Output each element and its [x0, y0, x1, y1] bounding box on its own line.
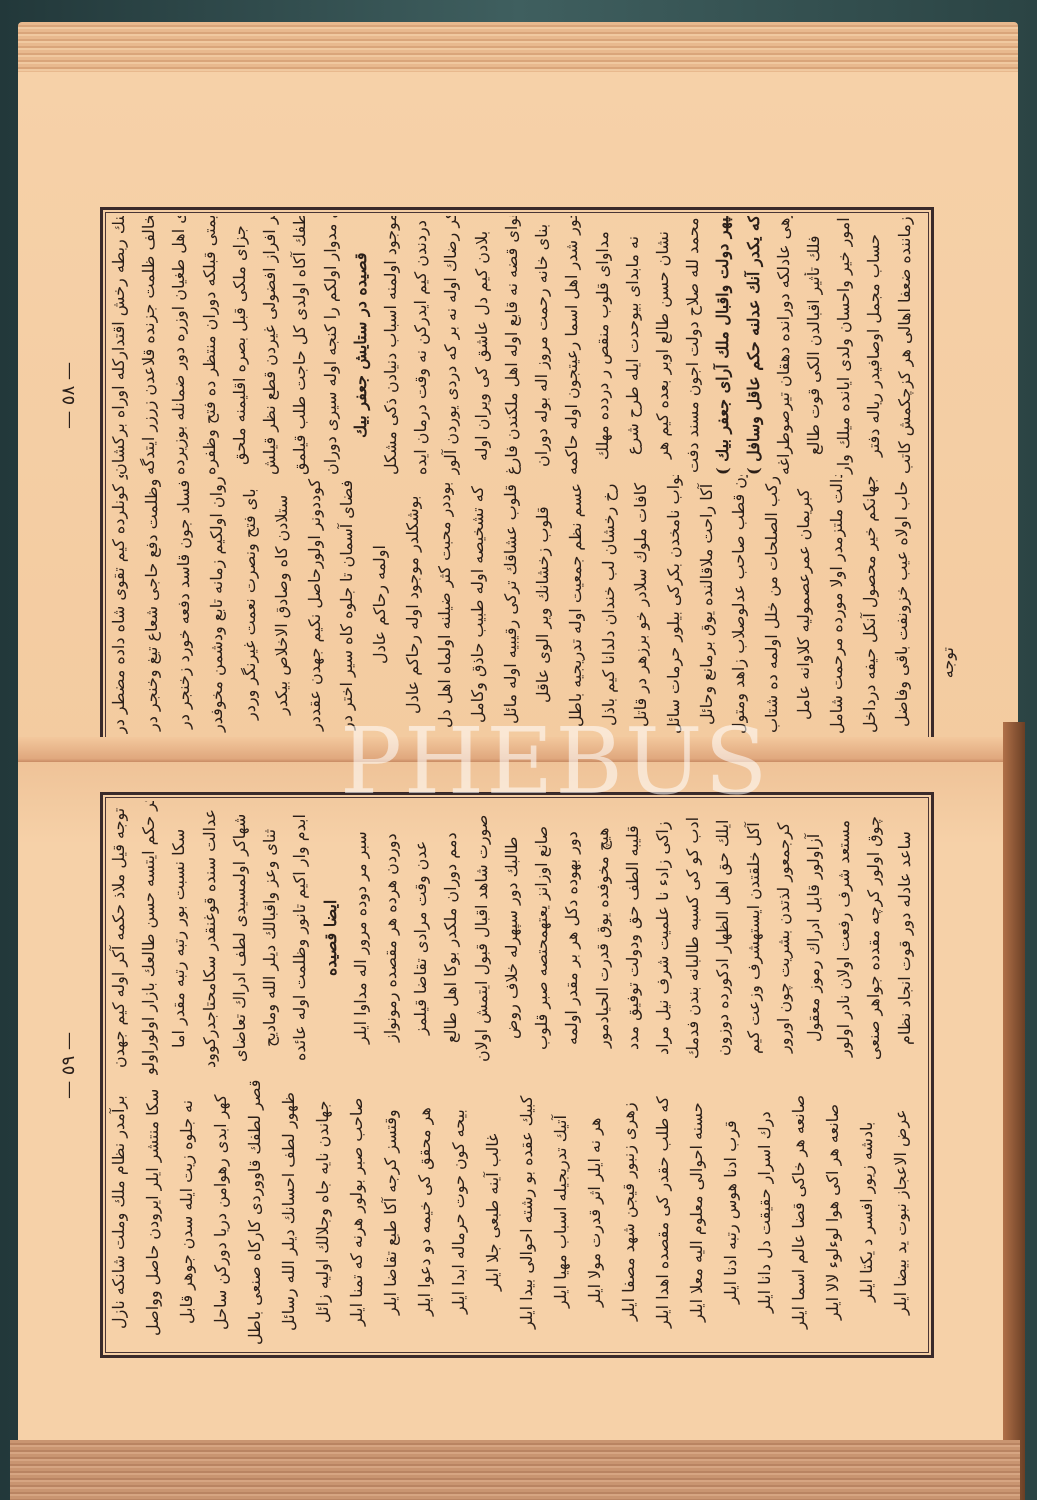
text-line: صاحب صبر بولور هرنه كه تمنا ايلر [347, 1075, 381, 1349]
fore-edge [1003, 722, 1025, 1500]
text-line: وظلمت دفع حاجى شعاع تيغ وخنجر در [142, 475, 175, 734]
section-heading: ايضا قصيده [321, 801, 351, 1075]
text-line: زهى عادلكه دورانده دهقان تيرصوطراغه [774, 216, 804, 475]
text-line: سر افراز افضولى غيردن قطع نظر قيلش [260, 216, 290, 475]
text-columns: توجه قيل ملاذ حكمه آكر اوله كيم جهدنآكر … [109, 801, 925, 1349]
text-line: برآمدر نظام ملك وملت شانكه نازل [109, 1075, 143, 1349]
text-line: عزيمتى قبلكه دوران منتظر ده فتح وظفره [200, 216, 230, 475]
section-heading: ( سپهر دولت واقبال ملك آراى جعفر بيك ) [713, 216, 743, 475]
page-edges-top [18, 22, 1018, 74]
text-line: فضاى آسمان تا جلوه كاه سير اختر در [337, 475, 370, 734]
text-line: ايلك حق اهل الظهار ادكورده دوزون [713, 801, 743, 1075]
text-line: بناى خانه رحمت مروز اله بوله دوران [532, 216, 562, 475]
text-line: فساد جون قاسد دفعه خورد زخنجر در [174, 475, 207, 734]
text-line: صانع اوزانز يعتهمحتصه صبر قلوب [532, 801, 562, 1075]
text-line: وقتسز كرجه آكا طبع تقاضا ايلر [381, 1075, 415, 1349]
text-line: زماننده ضعفا اهالى هر كزچكمش كاتب [895, 216, 925, 475]
text-line: نه جلوه زيت ايله سدن جوهر قابل [177, 1075, 211, 1349]
text-line: سنك ربطه رخش اقتداركله اوراه بركشان [109, 216, 139, 475]
text-line: بيحه كون حوت حرماله ابدا ايلر [449, 1075, 483, 1349]
text-line: ركب الصلحات من خلل اولمه ده شتاب [762, 475, 795, 734]
page-58: — ٥٨ — سنك ربطه رخش اقتداركله اوراه بركش… [18, 72, 1018, 762]
text-line: كه تشخيصه اوله طبيب حاذق وكامل [468, 475, 501, 734]
text-line: جهاندن نايه جاه وجلالك اوليه زائل [313, 1075, 347, 1349]
text-line: امور خير واحسان ولدى ايانده ميلك وار [834, 216, 864, 475]
text-line: آكل خلقتدن ايستهشرف وزعت كيم [744, 801, 774, 1075]
text-columns: سنك ربطه رخش اقتداركله اوراه بركشانمخالف… [109, 216, 925, 734]
text-line: حساب مجمل اوصافيدر رياله دفتر [864, 216, 894, 475]
text-line: عسم نظم جمعيت اوله تدريجيه باطل [566, 475, 599, 734]
text-half-left: سنك ربطه رخش اقتداركله اوراه بركشانمخالف… [109, 216, 925, 475]
text-line: ساعد عادله دور قوت انجاد نظام [895, 801, 925, 1075]
text-line: صانعه هر خاكى قضا عالم اسما ايلر [789, 1075, 823, 1349]
text-line: كوددونر اولورحاصل نكيم جهدن عقددر [305, 475, 338, 734]
text-line: هيچ مخوفده يوق قدرت الحيادمور [593, 801, 623, 1075]
text-line: بوددر محبت كثر ضيلنه اولماه اهل دل [435, 475, 468, 734]
text-line: نه دردندن كيم ايدركن نه وقت درمان ايده [411, 216, 441, 475]
text-line: كه طلب حقدر كى مقصده اهدا ايلر [653, 1075, 687, 1349]
text-line: بز لطفك آكاه اولدى كل حاجت طلب قيلمق [290, 216, 320, 475]
text-line: كهر ابدى رهوامن دريا دوركن ساحل [211, 1075, 245, 1349]
text-line: مستعد شرف رفعت اولان نادر اولور [834, 801, 864, 1075]
text-frame: سنك ربطه رخش اقتداركله اوراه بركشانمخالف… [100, 207, 934, 743]
page-59: — ٥٩ — توجه قيل ملاذ حكمه آكر اوله كيم ج… [18, 762, 1018, 1447]
text-frame: توجه قيل ملاذ حكمه آكر اوله كيم جهدنآكر … [100, 792, 934, 1358]
text-line: فلك تأثير اقبالدن الكى قوت طالع [804, 216, 834, 475]
watermark: PHEBUS [340, 708, 769, 815]
text-line: دور بهوده دكل هر بر مقدر اولمه [562, 801, 592, 1075]
text-line: بلادن كيم دل عاشق كى ويران اوله [472, 216, 502, 475]
text-line: قصر لطفك قاووردى كاركاه صنعى باطل [245, 1075, 279, 1349]
page-edges-bottom [10, 1440, 1020, 1500]
text-line: جزاى اهل طغيان اوزره دور ضمانله بوزيرده [169, 216, 199, 475]
text-half-right: بو كونلرده كيم تقوى شاه داده مضطر دروظلم… [109, 475, 925, 734]
text-line: بوشكلدر موجود اوله رحاكم عادل [403, 475, 436, 734]
text-line: كر رضاك اوله نه بر كه دردى يوردن آلور [441, 216, 471, 475]
text-line: اولمه رحاكم عادل [370, 475, 403, 734]
text-line: شهاكر اولمسيدى لطف ادراك تعاضاى [230, 801, 260, 1075]
text-line: دوردن هرده هر مقصده رمونواز [381, 801, 411, 1075]
text-line: سبر مر دوده مرور اله مداوا ايلر [351, 801, 381, 1075]
section-heading: قصيده در ستايش جعفر بيك [351, 216, 381, 475]
text-line: كبريمان عمرعصموليه كلاوانه عامل [794, 475, 827, 734]
text-line: نه موجود اولمنه اسباب دنيادن ذكى مشكل [381, 216, 411, 475]
text-line: صورت شاهد اقبال قبول ايتمش اولان [472, 801, 502, 1075]
text-line: كبيك عقده بو رشته احوالى بيدا ايلر [517, 1075, 551, 1349]
text-line: رخ رخشان لب خندان دلدانا كيم باذل [599, 475, 632, 734]
text-line: غالب آينه طبعى جلا ايلر [483, 1075, 517, 1349]
text-line: ستلادن كاه وصادق الاخلاص بيكدر [272, 475, 305, 734]
text-line: قليبه الطف حق ودولت توفيق مدد [623, 801, 653, 1075]
text-line: صانعه هر اكى هوا لوءلوء لالا ايلر [823, 1075, 857, 1349]
text-line: آتيك تدريجيله اسباب مهيا ايلر [551, 1075, 585, 1349]
text-line: آكر حكم ايتسه حسن طالعك بازار اولوراولو [139, 801, 169, 1075]
text-line: چوق اولور كرچه مقدده جواهر صنعى [864, 801, 894, 1075]
text-line: نشان حسن طالع اوبر بعده كيم هر [653, 216, 683, 475]
catchword: توجه [938, 647, 957, 678]
text-line: نه مابداى بيوحدت ايله طرح شرع [623, 216, 653, 475]
text-line: كافات ملوك سلادر خو برزهر در قاتل [631, 475, 664, 734]
page-number: — ٥٨ — [58, 362, 79, 429]
text-line: كرجمعور لذتدن بشريت چون اورور [774, 801, 804, 1075]
text-line: مخالف ظلمت جزنده قلاعدن زرزر ايتدگه [139, 216, 169, 475]
text-line: جهانكم خير محصول آنكل حيفه درداخل [860, 475, 893, 734]
text-line: توجه قيل ملاذ حكمه آكر اوله كيم جهدن [109, 801, 139, 1075]
text-line: عدن وقت مرادى تقاضا قيلمز [411, 801, 441, 1075]
text-line: هواى قضه نه قابع اوله اهل ملكندن فارغ [502, 216, 532, 475]
text-line: آزاولور قابل ادراك رموز معقول [804, 801, 834, 1075]
text-line: جواب نامخدن بكركى بيلور حرمات سائل [664, 475, 697, 734]
text-line: قلوب عشاقك تركى رقيبيه اوله مائل [501, 475, 534, 734]
text-line: روان اولكيم زمانه تابع ودشمن مخوفدر [207, 475, 240, 734]
text-line: سكا منتشر ايلر ايرودن حاصل وواصل [143, 1075, 177, 1349]
section-subheading: ( كه يكدر آنك عدلنه حكم عاقل وسافل ) [744, 216, 774, 475]
text-line: حاب اولاه عيب خزونفت باقى وفاضل [892, 475, 925, 734]
text-line: عرض الاعجاز نبوت يد بيضا ايلر [891, 1075, 925, 1349]
text-half-left: توجه قيل ملاذ حكمه آكر اوله كيم جهدنآكر … [109, 801, 925, 1075]
text-line: نه مخور شدر اهل اسما رعيتجون اوله حاكمه [562, 216, 592, 475]
text-line: ظهور لطف احسانك ديلر الله رسائل [279, 1075, 313, 1349]
text-line: دمم دوران ملكدر بوكا اهل طالع [441, 801, 471, 1075]
text-line: آكا راحت ملاقالنده يوق برمانع وحائل [697, 475, 730, 734]
text-line: بادشه زيور افسر د يكتا ايلر [857, 1075, 891, 1349]
text-line: ابدى مدوار اولكم را كنجه اوله سيرى دوران [321, 216, 351, 475]
text-line: زهرى زنبور قيجن شهد مصفا ايلر [619, 1075, 653, 1349]
text-line: ابدم وار اكيم تانور وظلمت اوله عائده [290, 801, 320, 1075]
text-line: بوكون قطب صاحب عدلوصلاب زاهد ومتول [729, 475, 762, 734]
text-line: حسنه احوالى معلوم اليه معلا ايلر [687, 1075, 721, 1349]
text-line: زاكى زادء نا علميت شرف نيل مراد [653, 801, 683, 1075]
page-number: — ٥٩ — [58, 1032, 79, 1099]
text-line: سكا نسبت بور رتبه رتبه مقدر اما [169, 801, 199, 1075]
text-line: مداواى قلوب منقص ر دردده مهلك [593, 216, 623, 475]
text-line: محمد لله صلاح دولت اجون مسند دفت [683, 216, 713, 475]
text-line: درك اسرار حقيقت دل دانا ايلر [755, 1075, 789, 1349]
text-half-right: برآمدر نظام ملك وملت شانكه نازلسكا منتشر… [109, 1075, 925, 1349]
text-line: بو كونلرده كيم تقوى شاه داده مضطر در [109, 475, 142, 734]
text-line: هر نه ايلر اثر قدرت مولا ايلر [585, 1075, 619, 1349]
text-line: عدالت ملتزمدر اولا مورده مرحمت شامل [827, 475, 860, 734]
text-line: طالبك دور سپهرله خلاف روض [502, 801, 532, 1075]
text-line: ادب كو كى كسبه طالبانه بندن فدمك [683, 801, 713, 1075]
text-line: باى فتح ونصرت نعمت غيرنگر وردر [240, 475, 273, 734]
text-line: عدالت سنده قوغنقدر سكامحتاجدركوود [200, 801, 230, 1075]
text-line: قلوب زخشانك وير الوى عاقل [533, 475, 566, 734]
text-line: قرب ادنا هوس رتبه ادنا ايلر [721, 1075, 755, 1349]
text-line: جزاى ملكى قبل بصره اقليمنه ملحق [230, 216, 260, 475]
text-line: هر محقق كى خيمه دو دعوا ايلر [415, 1075, 449, 1349]
text-line: ثناى وعز واقبالك ديلر الله وماديح [260, 801, 290, 1075]
